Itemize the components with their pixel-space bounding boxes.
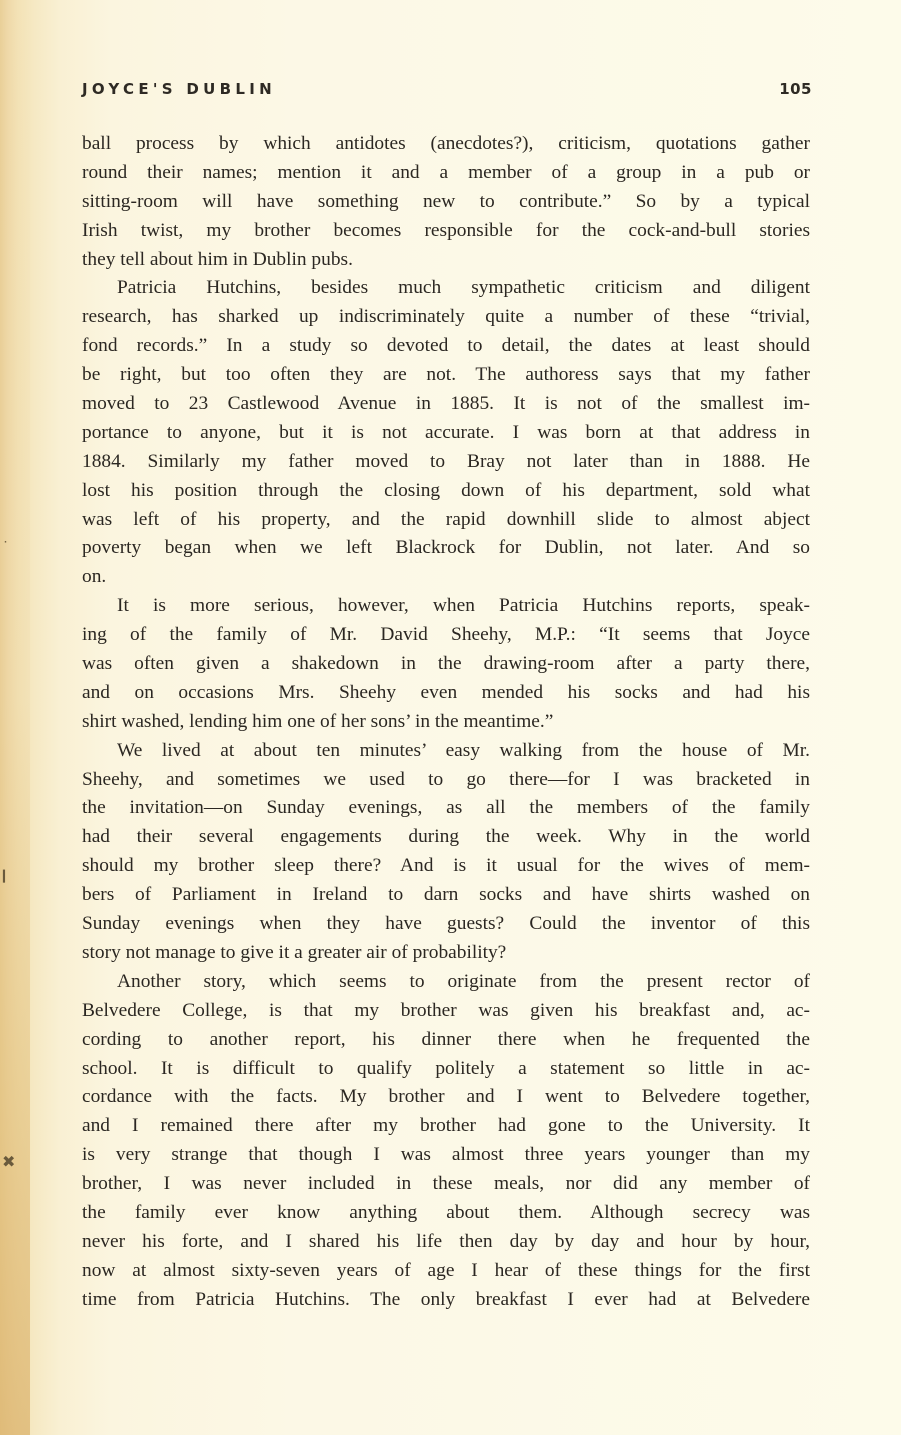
text-line: Another story, which seems to originate … — [82, 968, 810, 997]
text-line: and on occasions Mrs. Sheehy even mended… — [82, 679, 810, 708]
text-line: now at almost sixty-seven years of age I… — [82, 1257, 810, 1286]
text-line: brother, I was never included in these m… — [82, 1170, 810, 1199]
text-line: 1884. Similarly my father moved to Bray … — [82, 448, 810, 477]
text-line: shirt washed, lending him one of her son… — [82, 708, 810, 737]
text-line: lost his position through the closing do… — [82, 477, 810, 506]
text-line: cording to another report, his dinner th… — [82, 1026, 810, 1055]
margin-mark-icon: ˙ — [2, 540, 9, 556]
text-line: fond records.” In a study so devoted to … — [82, 332, 810, 361]
text-line: sitting-room will have something new to … — [82, 188, 810, 217]
text-line: is very strange that though I was almost… — [82, 1141, 810, 1170]
text-line: be right, but too often they are not. Th… — [82, 361, 810, 390]
margin-mark-icon: ▎ — [3, 870, 11, 883]
text-line: portance to anyone, but it is not accura… — [82, 419, 810, 448]
paragraph: Patricia Hutchins, besides much sympathe… — [82, 274, 810, 592]
paragraph: Another story, which seems to originate … — [82, 968, 810, 1315]
text-line: Sheehy, and sometimes we used to go ther… — [82, 766, 810, 795]
text-line: We lived at about ten minutes’ easy walk… — [82, 737, 810, 766]
text-line: Belvedere College, is that my brother wa… — [82, 997, 810, 1026]
text-line: Patricia Hutchins, besides much sympathe… — [82, 274, 810, 303]
text-line: was often given a shakedown in the drawi… — [82, 650, 810, 679]
running-head: JOYCE'S DUBLIN 105 — [82, 80, 812, 104]
body-text: ball process by which antidotes (anecdot… — [82, 130, 810, 1315]
paragraph: It is more serious, however, when Patric… — [82, 592, 810, 736]
text-line: time from Patricia Hutchins. The only br… — [82, 1286, 810, 1315]
paragraph: We lived at about ten minutes’ easy walk… — [82, 737, 810, 968]
text-line: bers of Parliament in Ireland to darn so… — [82, 881, 810, 910]
page-gutter-shadow — [0, 0, 30, 1435]
text-line: on. — [82, 563, 810, 592]
text-line: research, has sharked up indiscriminatel… — [82, 303, 810, 332]
text-line: cordance with the facts. My brother and … — [82, 1083, 810, 1112]
text-line: never his forte, and I shared his life t… — [82, 1228, 810, 1257]
text-line: poverty began when we left Blackrock for… — [82, 534, 810, 563]
text-line: moved to 23 Castlewood Avenue in 1885. I… — [82, 390, 810, 419]
text-line: and I remained there after my brother ha… — [82, 1112, 810, 1141]
text-line: story not manage to give it a greater ai… — [82, 939, 810, 968]
margin-mark-icon: ✖ — [2, 1152, 15, 1171]
text-line: had their several engagements during the… — [82, 823, 810, 852]
page-number: 105 — [779, 80, 812, 98]
text-line: ing of the family of Mr. David Sheehy, M… — [82, 621, 810, 650]
text-line: was left of his property, and the rapid … — [82, 506, 810, 535]
text-line: should my brother sleep there? And is it… — [82, 852, 810, 881]
text-line: school. It is difficult to qualify polit… — [82, 1055, 810, 1084]
text-line: ball process by which antidotes (anecdot… — [82, 130, 810, 159]
running-head-title: JOYCE'S DUBLIN — [82, 80, 276, 98]
text-line: round their names; mention it and a memb… — [82, 159, 810, 188]
paragraph: ball process by which antidotes (anecdot… — [82, 130, 810, 274]
text-line: Sunday evenings when they have guests? C… — [82, 910, 810, 939]
text-line: It is more serious, however, when Patric… — [82, 592, 810, 621]
text-line: the family ever know anything about them… — [82, 1199, 810, 1228]
text-line: they tell about him in Dublin pubs. — [82, 246, 810, 275]
text-line: Irish twist, my brother becomes responsi… — [82, 217, 810, 246]
text-line: the invitation—on Sunday evenings, as al… — [82, 794, 810, 823]
